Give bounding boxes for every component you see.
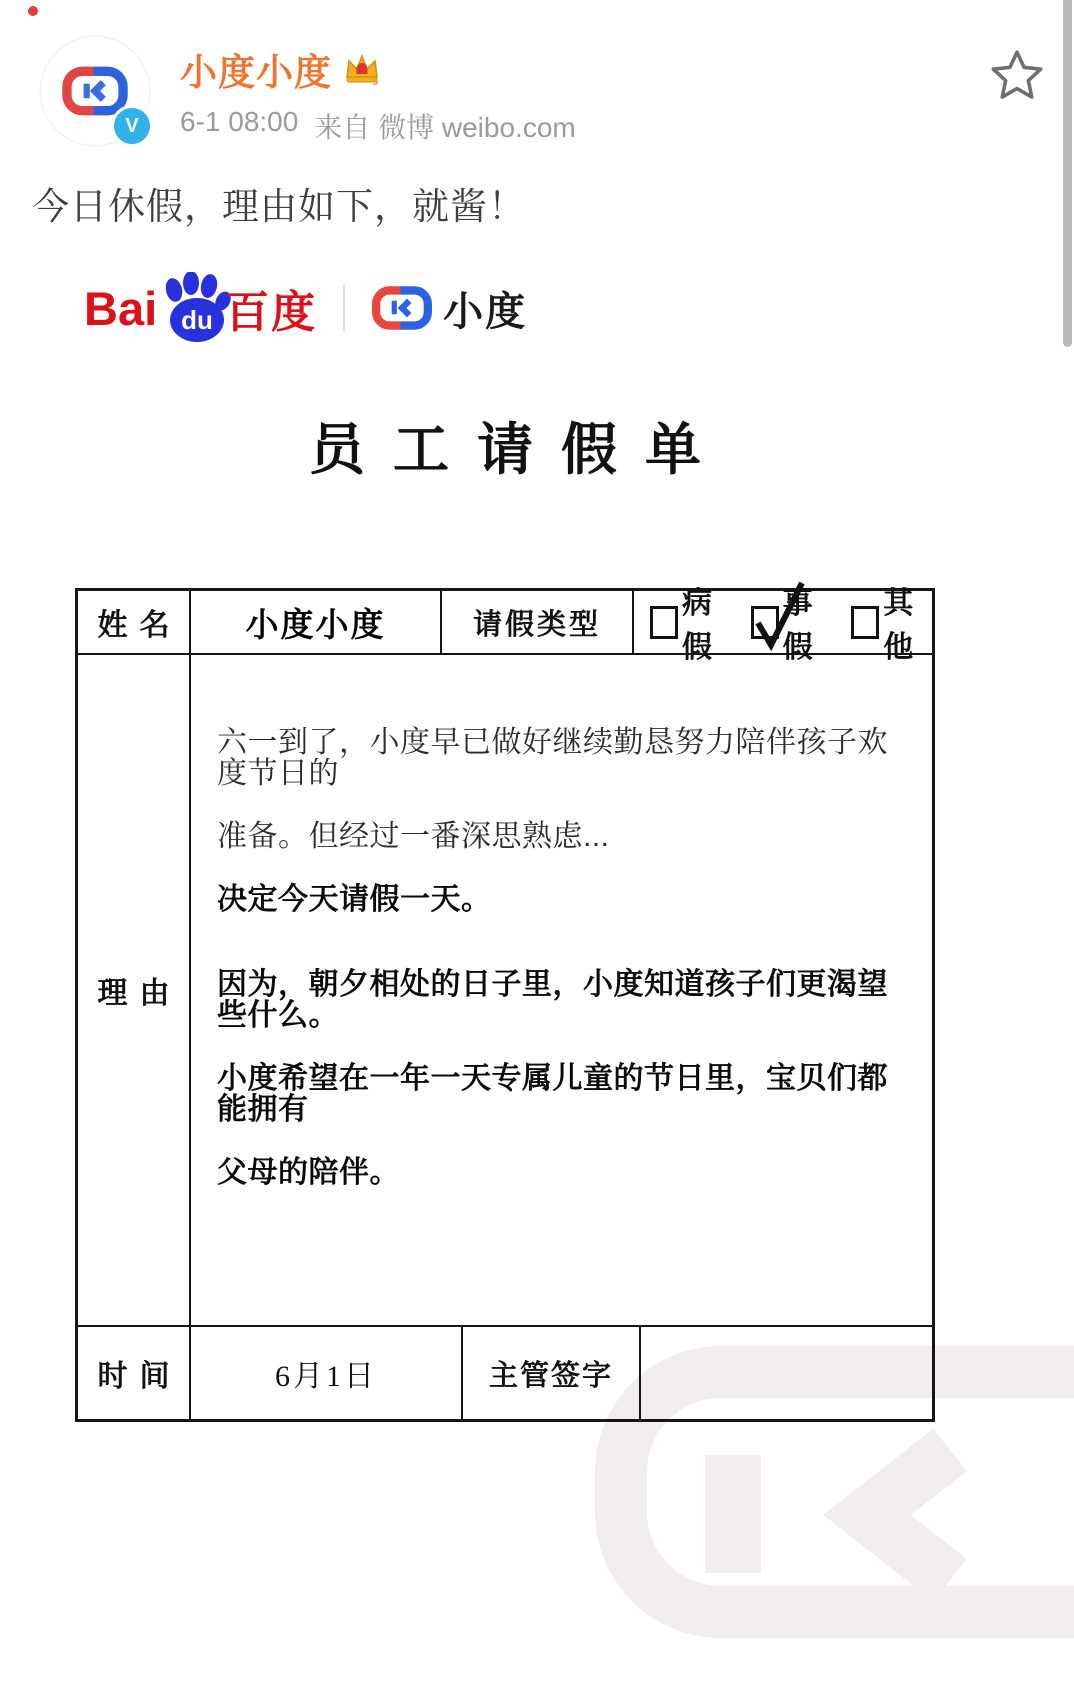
post-source[interactable]: 来自 微博 weibo.com (314, 106, 575, 146)
reason-line: 六一到了，小度早已做好继续勤恳努力陪伴孩子欢度节日的 (217, 727, 914, 789)
sign-label-cell: 主管签字 (463, 1327, 641, 1419)
reason-row: 理由 六一到了，小度早已做好继续勤恳努力陪伴孩子欢度节日的 准备。但经过一番深思… (78, 655, 932, 1327)
option-other: 其他 (851, 578, 932, 666)
time-label-cell: 时间 (78, 1327, 191, 1419)
baidu-cn-text: 百度 (225, 276, 317, 340)
form-title: 员工请假单 (75, 406, 935, 486)
scrollbar-thumb[interactable] (1063, 0, 1072, 347)
post-text: 今日休假，理由如下，就酱！ (32, 176, 526, 230)
reason-line: 父母的陪伴。 (217, 1157, 914, 1188)
header-row: 姓名 小度小度 请假类型 病假 事假 其他 (78, 591, 932, 655)
footer-row: 时间 6月1日 主管签字 (78, 1327, 932, 1419)
reason-label-cell: 理由 (78, 655, 191, 1325)
leave-type-options-cell: 病假 事假 其他 (634, 591, 932, 653)
verified-badge: V (111, 105, 153, 147)
reason-line: 小度希望在一年一天专属儿童的节日里，宝贝们都能拥有 (217, 1063, 914, 1125)
checkbox-personal-leave-checked (751, 606, 779, 639)
sign-value-cell (641, 1327, 932, 1419)
option-personal-leave: 事假 (751, 578, 832, 666)
reason-line: 因为，朝夕相处的日子里，小度知道孩子们更渴望些什么。 (217, 969, 914, 1031)
checkbox-other (851, 606, 879, 639)
name-label-cell: 姓名 (78, 591, 191, 653)
baidu-paw-icon: du (157, 272, 233, 344)
post-meta: 6-1 08:00 来自 微博 weibo.com (180, 106, 576, 146)
vip-crown-icon: 5 (342, 51, 382, 87)
avatar[interactable]: V (40, 36, 150, 146)
xiaodu-brand-icon (371, 284, 433, 332)
reason-text-cell: 六一到了，小度早已做好继续勤恳努力陪伴孩子欢度节日的 准备。但经过一番深思熟虑.… (191, 655, 932, 1325)
verified-letter: V (125, 115, 138, 138)
time-value-cell: 6月1日 (191, 1327, 463, 1419)
favorite-star-icon[interactable] (988, 46, 1046, 104)
baidu-logo-text: Bai (84, 281, 157, 336)
checkmark-icon (746, 575, 810, 651)
screen-corner-artifact (28, 6, 38, 16)
reason-line: 决定今天请假一天。 (217, 884, 914, 915)
xiaodu-brand-text: 小度 (443, 280, 527, 337)
leave-type-label-cell: 请假类型 (442, 591, 634, 653)
brand-logos: Bai du 百度 小度 (84, 266, 527, 350)
vip-level: 5 (372, 76, 378, 87)
baidu-du-text: du (181, 305, 213, 335)
leave-form-table: 姓名 小度小度 请假类型 病假 事假 其他 (75, 588, 935, 1422)
username[interactable]: 小度小度 (180, 42, 332, 96)
logo-divider (343, 285, 345, 331)
reason-line: 准备。但经过一番深思熟虑... (217, 821, 914, 852)
name-value-cell: 小度小度 (191, 591, 442, 653)
option-sick-leave: 病假 (650, 578, 731, 666)
post-time: 6-1 08:00 (180, 106, 298, 146)
checkbox-sick-leave (650, 606, 678, 639)
